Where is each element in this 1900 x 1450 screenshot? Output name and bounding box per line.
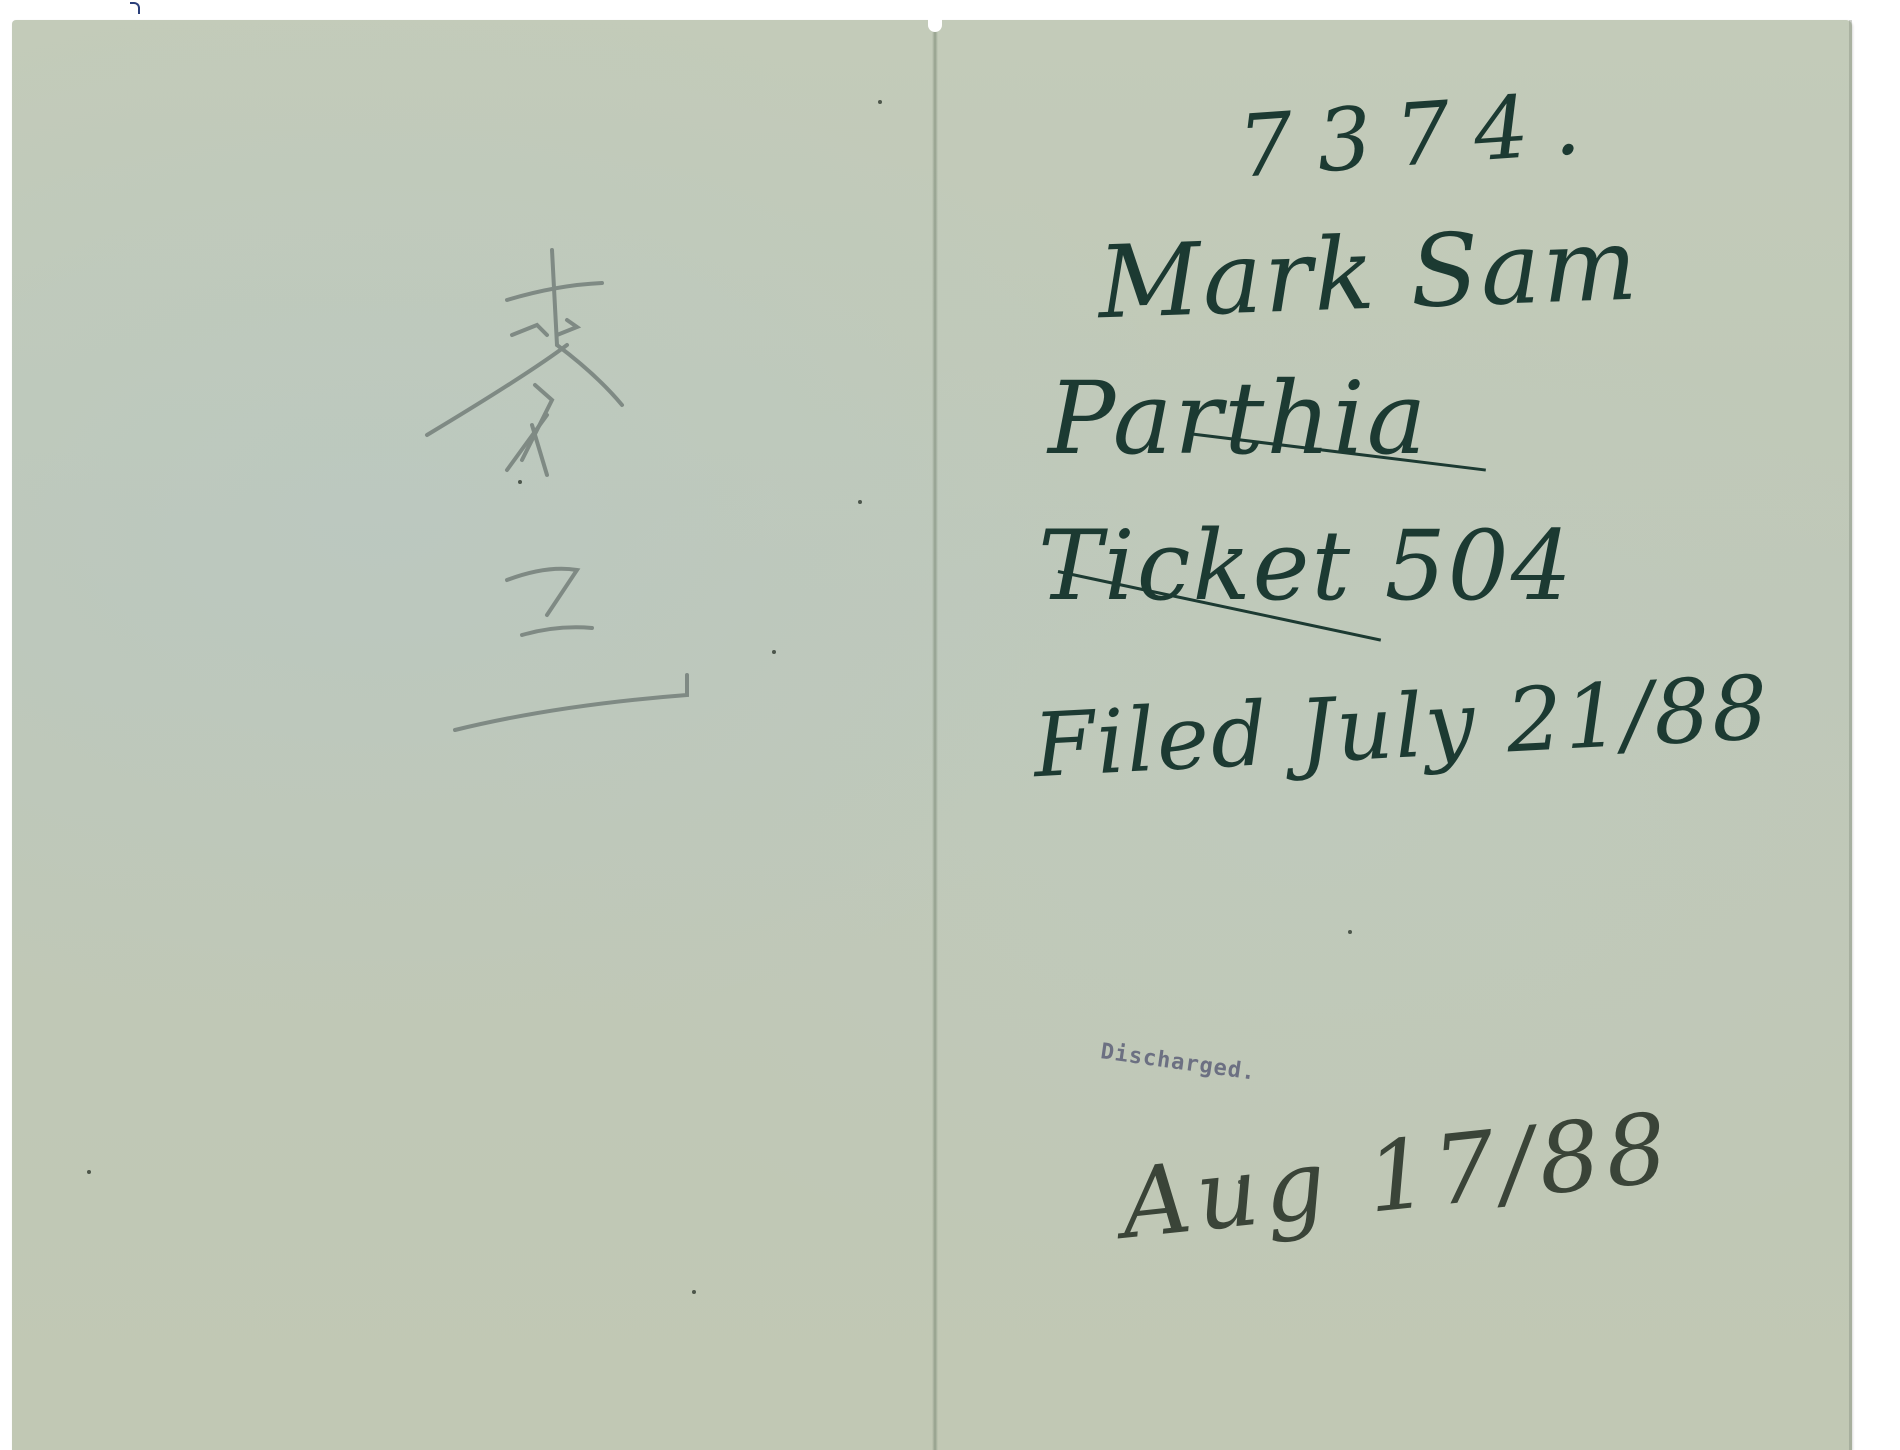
chinese-name-text: 麥三 — [407, 235, 408, 236]
chinese-name-signature: 麥三 — [407, 235, 727, 755]
scan-pen-mark — [130, 2, 140, 14]
paper-speck — [858, 500, 862, 504]
chinese-characters-drawing — [407, 235, 727, 755]
paper-speck — [1348, 930, 1352, 934]
paper-speck — [518, 480, 522, 484]
document-paper: 麥三 — [12, 20, 1852, 1450]
paper-speck — [692, 1290, 696, 1294]
ticket-number: Ticket 504 — [1038, 510, 1574, 622]
right-page: 7374. Mark Sam Parthia Ticket 504 Filed … — [938, 20, 1852, 1450]
person-name: Mark Sam — [1096, 206, 1641, 342]
filed-date: Filed July 21/88 — [1031, 656, 1773, 797]
paper-speck — [772, 650, 776, 654]
ship-name: Parthia — [1048, 360, 1428, 477]
case-number: 7374. — [1235, 72, 1607, 197]
left-page: 麥三 — [12, 20, 932, 1450]
paper-speck — [87, 1170, 91, 1174]
paper-speck — [878, 100, 882, 104]
